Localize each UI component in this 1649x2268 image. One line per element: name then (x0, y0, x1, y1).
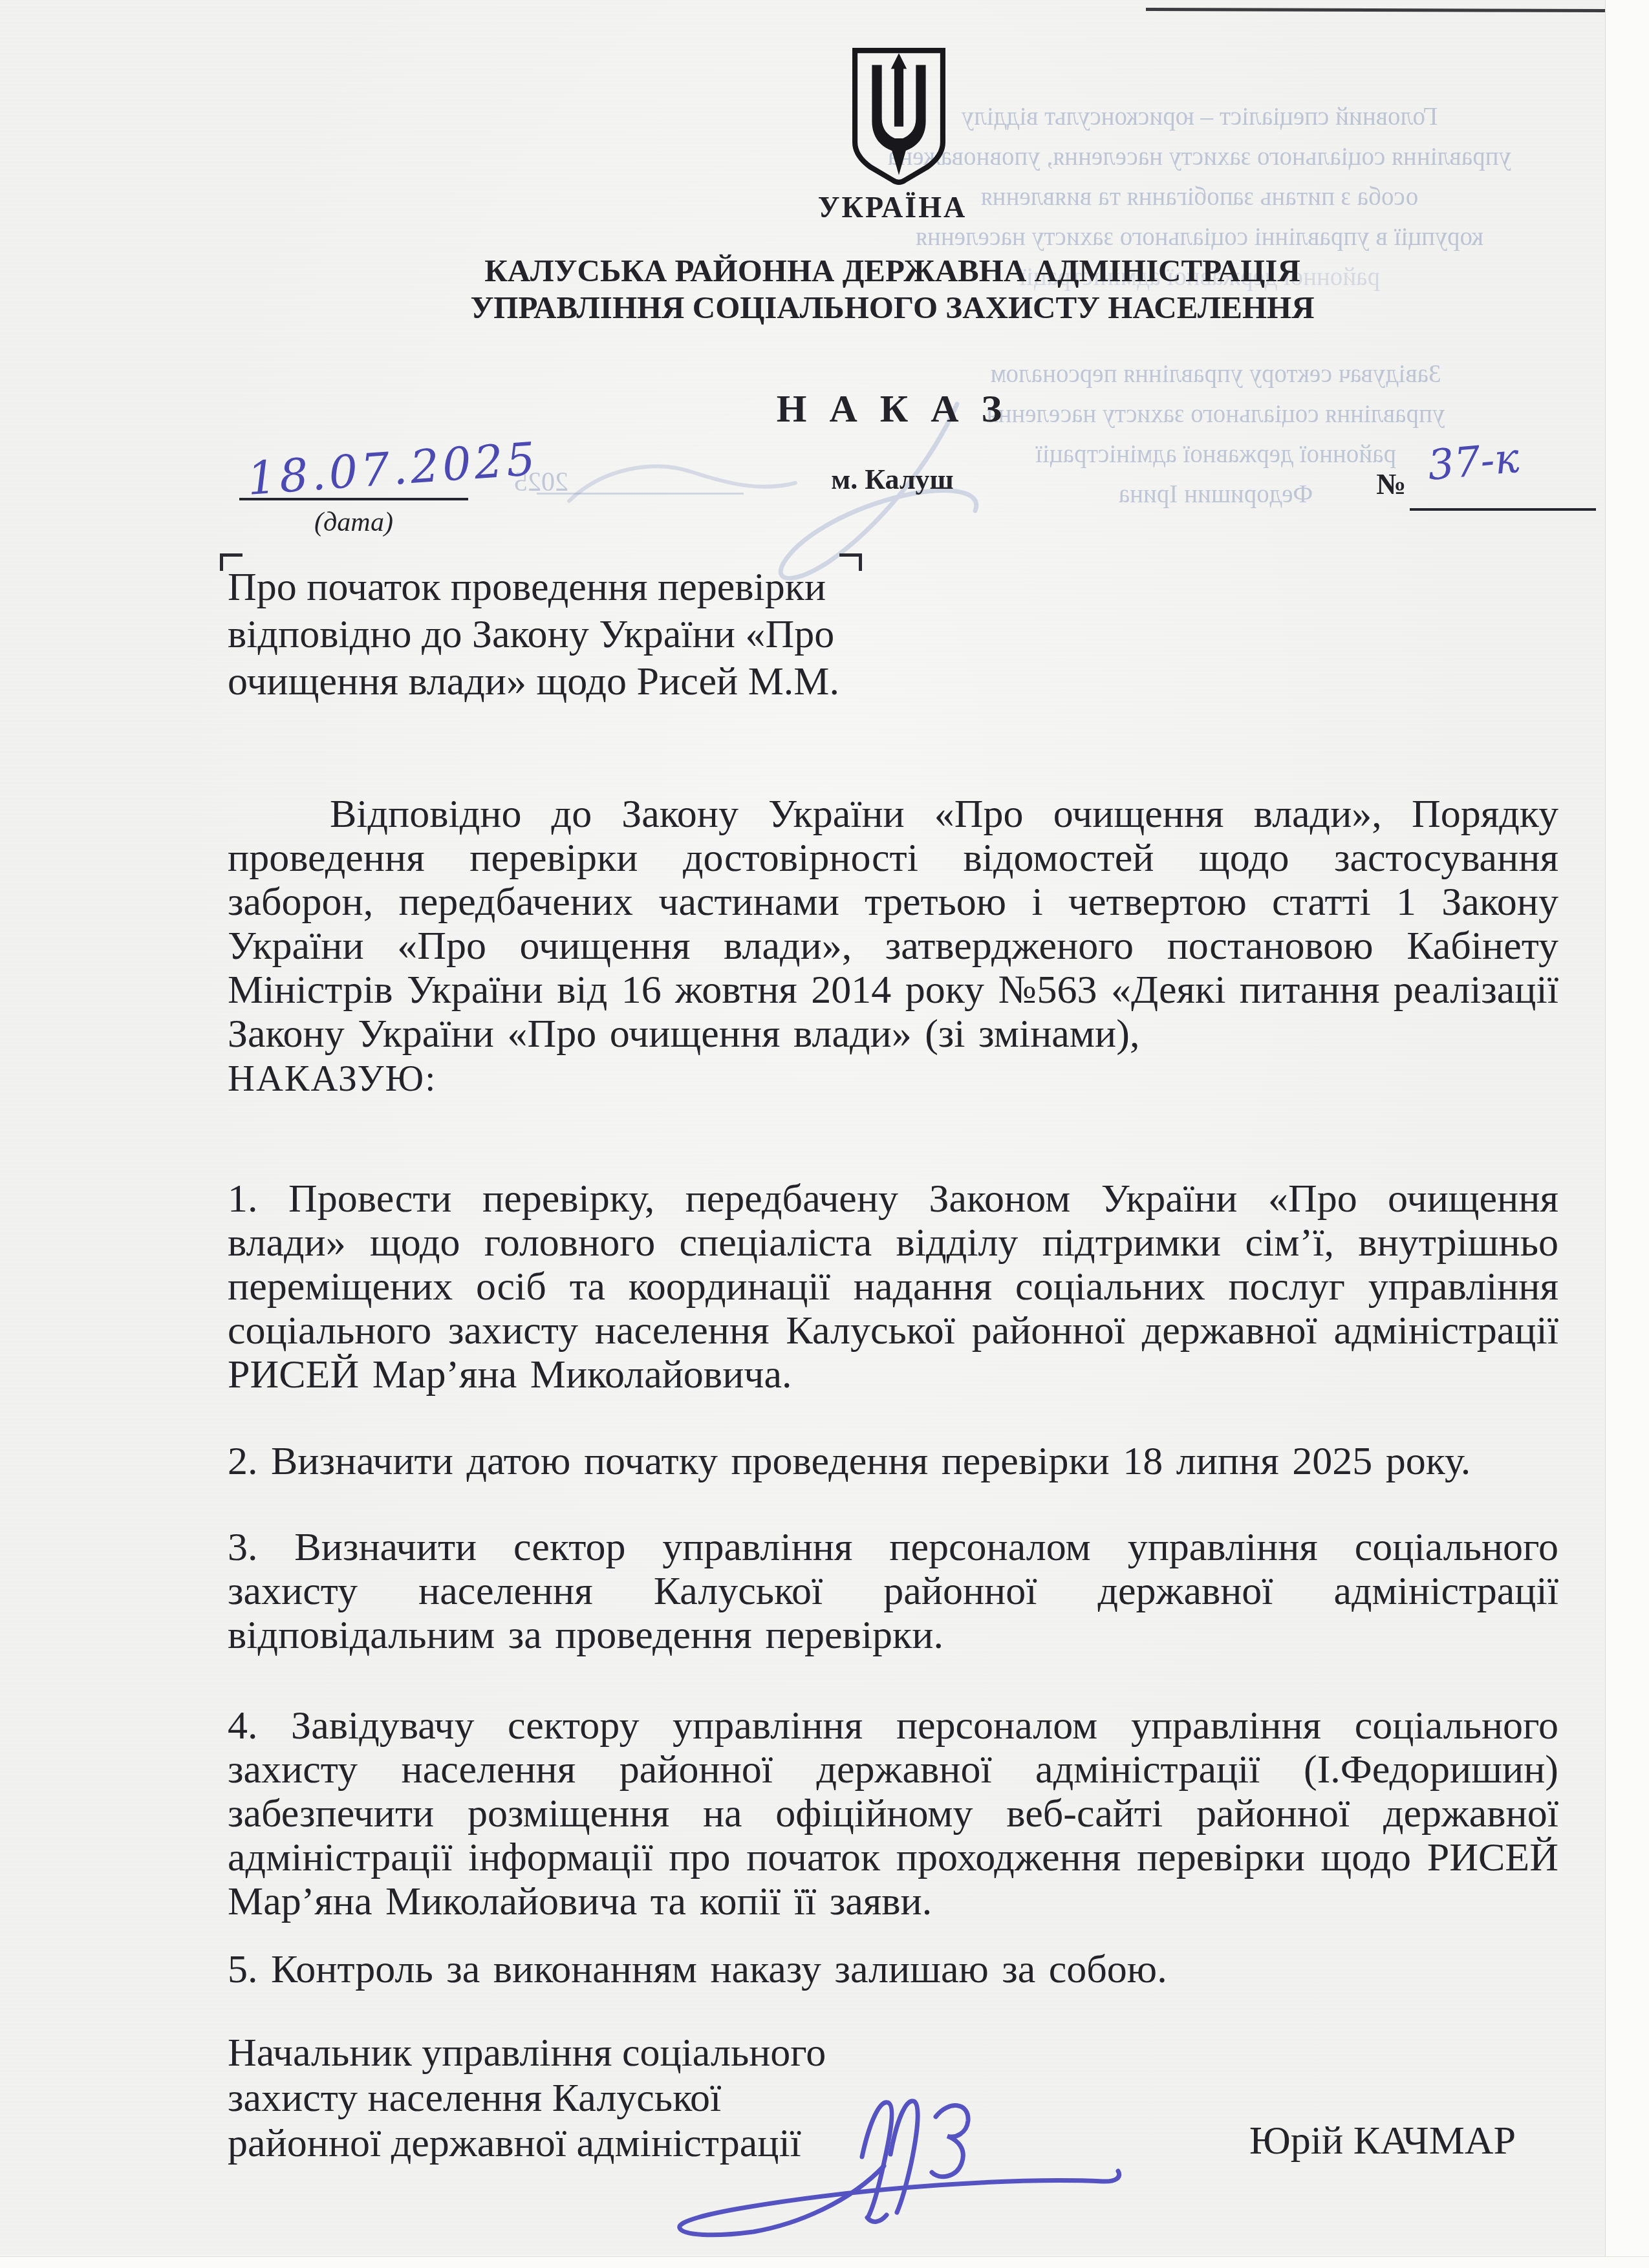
scan-edge-band-bottom (0, 2256, 1649, 2268)
order-item-2: 2. Визначити датою початку проведення пе… (228, 1439, 1558, 1483)
subject-corner-mark-left (220, 553, 242, 571)
subject-line: Про початок проведення перевірки (228, 564, 881, 611)
number-sign: № (1376, 467, 1406, 501)
organization-name-line2: УПРАВЛІННЯ СОЦІАЛЬНОГО ЗАХИСТУ НАСЕЛЕННЯ (226, 289, 1558, 326)
handwritten-order-number: 37-к (1426, 434, 1521, 490)
subject-corner-mark-right (839, 553, 862, 571)
subject-line: відповідно до Закону України «Про (228, 611, 881, 658)
handwritten-signature (656, 2095, 1135, 2250)
coat-of-arms-ukraine-icon (848, 45, 949, 186)
organization-name-line1: КАЛУСЬКА РАЙОННА ДЕРЖАВНА АДМІНІСТРАЦІЯ (226, 252, 1558, 289)
scan-edge-artifact-top (1146, 8, 1606, 12)
subject-line: очищення влади» щодо Рисей М.М. (228, 658, 881, 705)
scan-edge-band-right (1605, 0, 1649, 2268)
signer-name: Юрій КАЧМАР (1249, 2118, 1516, 2164)
number-underline (1410, 508, 1596, 511)
country-title: УКРАЇНА (226, 190, 1558, 224)
order-item-3: 3. Визначити сектор управління персонало… (228, 1525, 1558, 1657)
order-item-1: 1. Провести перевірку, передбачену Закон… (228, 1177, 1558, 1396)
subject-block: Про початок проведення перевірки відпові… (228, 564, 881, 705)
scanned-order-page: Головний спеціаліст – юрисконсульт відді… (0, 0, 1649, 2268)
document-type-title: Н А К А З (226, 387, 1558, 431)
order-item-4: 4. Завідувачу сектору управління персона… (228, 1704, 1558, 1923)
intro-paragraph: Відповідно до Закону України «Про очищен… (228, 792, 1558, 1056)
order-item-5: 5. Контроль за виконанням наказу залишаю… (228, 1947, 1558, 1991)
signer-position-line: Начальник управління соціального (228, 2030, 861, 2075)
date-caption: (дата) (241, 507, 467, 538)
order-word: НАКАЗУЮ: (228, 1056, 436, 1100)
